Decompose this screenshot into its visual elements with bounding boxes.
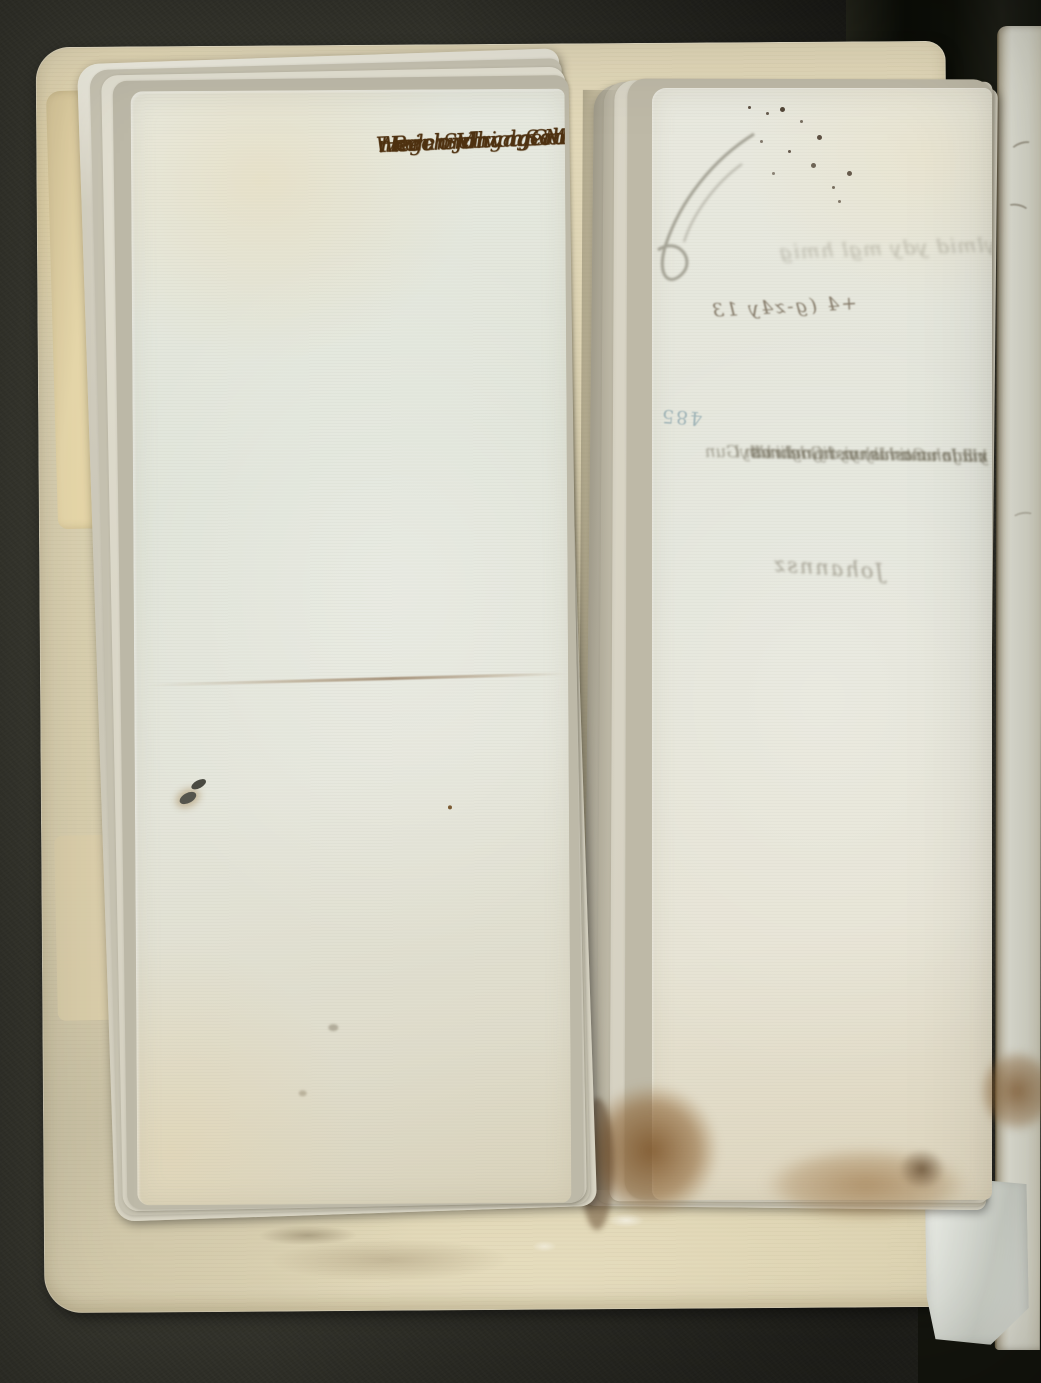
paper-smudge: [328, 1024, 338, 1031]
left-page: Rechnung an Meinen Hern Schwager Hern We…: [131, 89, 572, 1206]
ink-smudge: [1010, 139, 1034, 155]
paper-smudge: [299, 1090, 307, 1096]
inscription-line: nach ordnung obgem: [377, 118, 571, 162]
fold-crease: [140, 672, 571, 687]
foliation-number: 485: [659, 405, 703, 430]
ink-speck: [448, 805, 452, 809]
bleedthrough-line: yill in nz timls un dij nglinds: [751, 439, 988, 471]
ink-specks: [748, 106, 751, 109]
seal-remnant-mark: [178, 789, 199, 806]
inscription-block: Rechnung an Meinen Hern Schwager Hern We…: [377, 118, 571, 128]
burn-stain: [894, 1144, 950, 1194]
bleedthrough-text-block: z 3 Johann lahnuy huma in byl madan Gash…: [654, 437, 988, 443]
right-page-stack: ylmid ydy mgl hmig +4 (g-z4y 13 485 z 3 …: [582, 78, 1002, 1218]
manuscript-photo: ylmid ydy mgl hmig +4 (g-z4y 13 485 z 3 …: [0, 0, 1041, 1383]
ink-smudge: [1012, 511, 1035, 524]
ink-smudge: [1006, 202, 1030, 216]
bleedthrough-signature: Johannsz: [771, 552, 884, 584]
right-page: ylmid ydy mgl hmig +4 (g-z4y 13 485 z 3 …: [652, 88, 992, 1200]
